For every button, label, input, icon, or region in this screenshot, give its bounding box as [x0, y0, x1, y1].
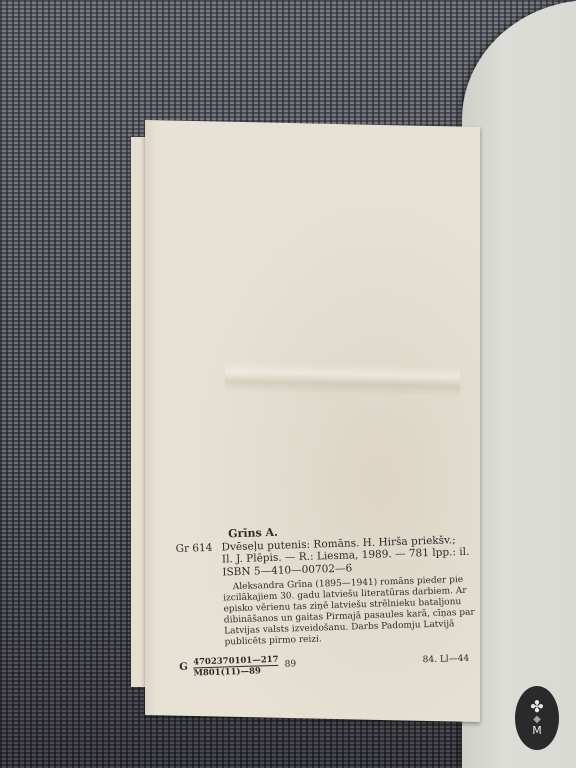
watermark-letter: M: [532, 725, 542, 737]
pub-code-letter: G: [179, 662, 193, 675]
page-fold-crease: [225, 362, 460, 397]
pub-code-fraction: 4702370101—217 M801(11)—89: [193, 655, 279, 679]
watermark-logo: ✤ ◆ M: [515, 686, 559, 750]
entry-text: Dvēseļu putenis: Romāns. H. Hirša priekš…: [221, 533, 476, 578]
bbk-code: 84. Ll—44: [423, 653, 470, 667]
entry-row: Gr 614 Dvēseļu putenis: Romāns. H. Hirša…: [175, 533, 476, 580]
call-number: Gr 614: [175, 541, 222, 580]
annotation-text: Aleksandra Grīna (1895—1941) romāns pied…: [223, 575, 479, 649]
bibliographic-record: Grīns A. Gr 614 Dvēseļu putenis: Romāns.…: [175, 521, 480, 679]
flower-icon: ✤: [530, 699, 543, 715]
pub-code-year: 89: [284, 659, 296, 672]
